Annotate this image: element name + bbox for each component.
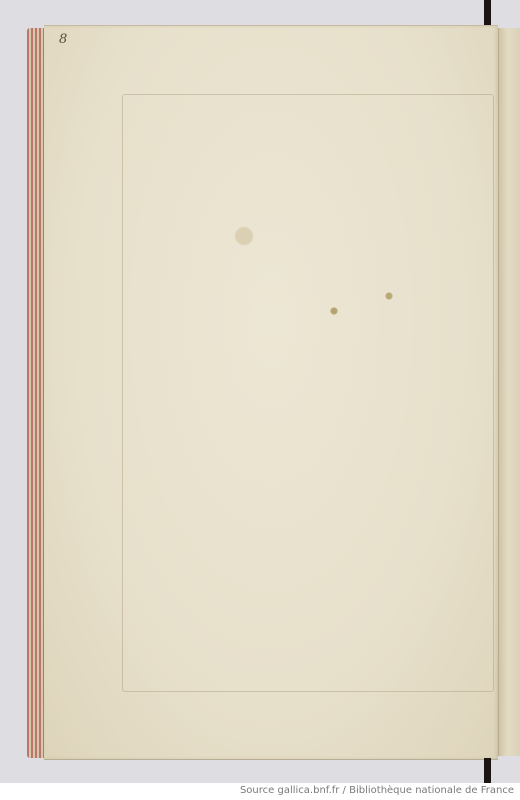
bookmark-ribbon-bottom <box>484 758 491 783</box>
footer: Source gallica.bnf.fr / Bibliothèque nat… <box>0 783 520 800</box>
manuscript-page: 8 <box>44 25 498 760</box>
page-number: 8 <box>59 32 67 47</box>
plate-mark-frame <box>122 94 494 692</box>
bookmark-ribbon-top <box>484 0 491 28</box>
facing-page-edge <box>498 28 520 756</box>
source-credit: Source gallica.bnf.fr / Bibliothèque nat… <box>240 785 514 796</box>
scan-area: 8 <box>0 0 520 783</box>
